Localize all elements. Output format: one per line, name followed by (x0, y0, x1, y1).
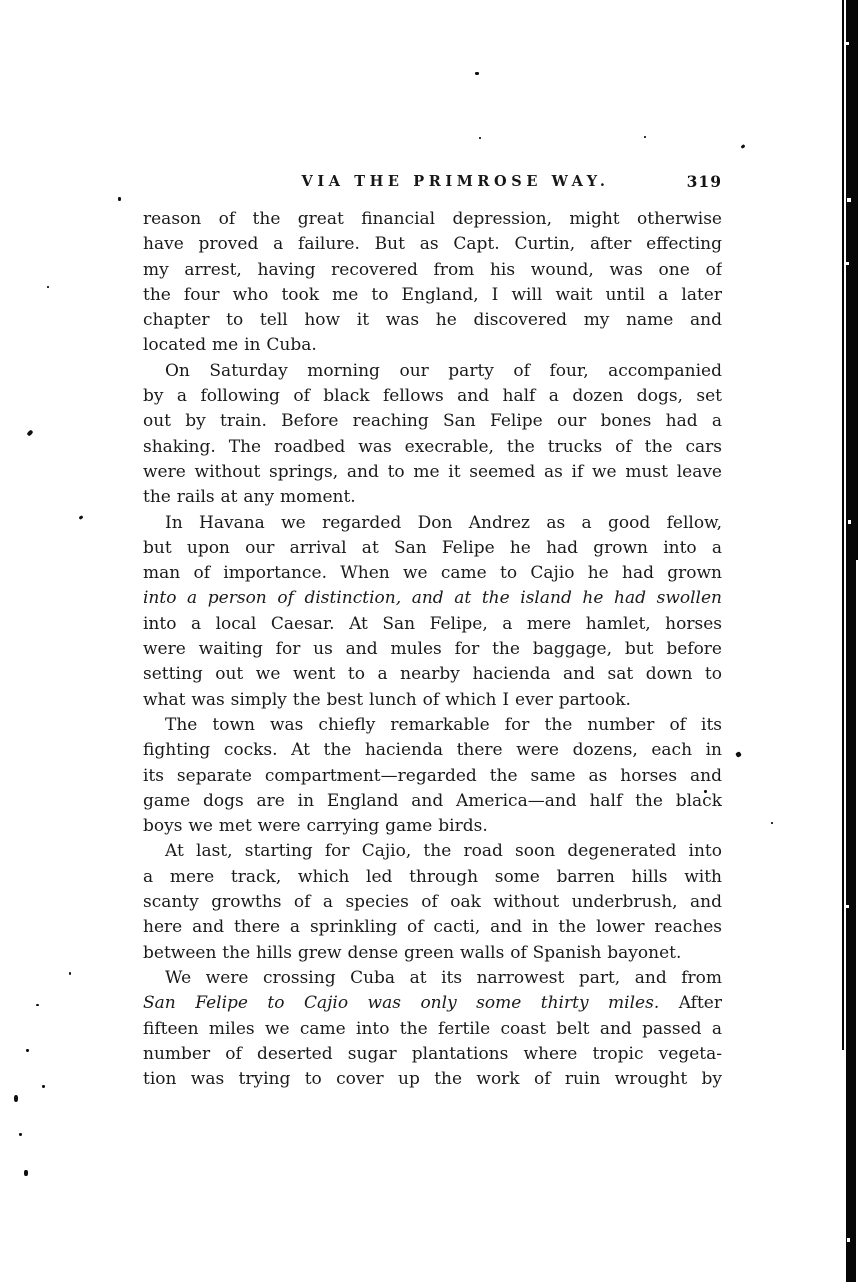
text-line: the rails at any moment. (143, 485, 722, 510)
text-run: my arrest, having recovered from his wou… (143, 260, 722, 280)
scan-speck (79, 515, 84, 520)
text-run: fighting cocks. At the hacienda there we… (143, 740, 722, 760)
text-run: tion was trying to cover up the work of … (143, 1069, 722, 1089)
text-run: The town was chiefly remarkable for the … (165, 715, 722, 735)
text-line: located me in Cuba. (143, 333, 722, 358)
scan-speck (644, 136, 646, 138)
text-line: have proved a failure. But as Capt. Curt… (143, 232, 722, 257)
scan-speck (735, 751, 742, 758)
text-run: shaking. The roadbed was execrable, the … (143, 437, 722, 457)
text-line: The town was chiefly remarkable for the … (143, 713, 722, 738)
text-line: by a following of black fellows and half… (143, 384, 722, 409)
text-run: chapter to tell how it was he discovered… (143, 310, 722, 330)
text-line: San Felipe to Cajio was only some thirty… (143, 991, 722, 1016)
text-run: the four who took me to England, I will … (143, 285, 722, 305)
text-line: a mere track, which led through some bar… (143, 865, 722, 890)
text-line: but upon our arrival at San Felipe he ha… (143, 536, 722, 561)
text-run: the rails at any moment. (143, 487, 356, 507)
text-line: setting out we went to a nearby hacienda… (143, 662, 722, 687)
text-run: into a local Caesar. At San Felipe, a me… (143, 614, 722, 634)
scan-speck (69, 972, 71, 975)
text-run: between the hills grew dense green walls… (143, 943, 681, 963)
text-line: fifteen miles we came into the fertile c… (143, 1017, 722, 1042)
text-run: In Havana we regarded Don Andrez as a go… (165, 513, 722, 533)
text-line: what was simply the best lunch of which … (143, 688, 722, 713)
text-line: my arrest, having recovered from his wou… (143, 258, 722, 283)
text-run: have proved a failure. But as Capt. Curt… (143, 234, 722, 254)
text-run: reason of the great financial depression… (143, 209, 722, 229)
text-line: scanty growths of a species of oak witho… (143, 890, 722, 915)
text-line: the four who took me to England, I will … (143, 283, 722, 308)
scan-speck (47, 286, 49, 288)
text-line: On Saturday morning our party of four, a… (143, 359, 722, 384)
scan-speck (24, 1170, 28, 1176)
paragraph: reason of the great financial depression… (143, 207, 722, 359)
text-line: its separate compartment—regarded the sa… (143, 764, 722, 789)
page-text: reason of the great financial depression… (143, 207, 722, 1092)
text-line: We were crossing Cuba at its narrowest p… (143, 966, 722, 991)
text-line: were without springs, and to me it seeme… (143, 460, 722, 485)
text-line: tion was trying to cover up the work of … (143, 1067, 722, 1092)
text-run: but upon our arrival at San Felipe he ha… (143, 538, 722, 558)
text-line: into a person of distinction, and at the… (143, 586, 722, 611)
text-run: On Saturday morning our party of four, a… (165, 361, 722, 381)
paragraph: On Saturday morning our party of four, a… (143, 359, 722, 511)
text-run: After (659, 993, 722, 1013)
italic-text-run: San Felipe to Cajio was only some thirty… (143, 993, 659, 1013)
text-line: into a local Caesar. At San Felipe, a me… (143, 612, 722, 637)
text-line: boys we met were carrying game birds. (143, 814, 722, 839)
scanned-book-page: VIA THE PRIMROSE WAY. 319 reason of the … (0, 0, 858, 1282)
text-run: located me in Cuba. (143, 335, 317, 355)
scan-speck (19, 1133, 22, 1136)
italic-text-run: into a person of distinction, and at the… (143, 588, 722, 608)
page-number: 319 (687, 172, 722, 191)
scan-edge-artifact (842, 0, 858, 1282)
text-run: what was simply the best lunch of which … (143, 690, 631, 710)
text-run: here and there a sprinkling of cacti, an… (143, 917, 722, 937)
text-run: setting out we went to a nearby hacienda… (143, 664, 722, 684)
text-line: chapter to tell how it was he discovered… (143, 308, 722, 333)
text-run: out by train. Before reaching San Felipe… (143, 411, 722, 431)
text-line: man of importance. When we came to Cajio… (143, 561, 722, 586)
text-run: number of deserted sugar plantations whe… (143, 1044, 722, 1064)
text-run: At last, starting for Cajio, the road so… (165, 841, 722, 861)
text-line: number of deserted sugar plantations whe… (143, 1042, 722, 1067)
text-run: fifteen miles we came into the fertile c… (143, 1019, 722, 1039)
text-run: were waiting for us and mules for the ba… (143, 639, 722, 659)
text-line: were waiting for us and mules for the ba… (143, 637, 722, 662)
text-line: here and there a sprinkling of cacti, an… (143, 915, 722, 940)
scan-speck (26, 1049, 29, 1052)
text-line: At last, starting for Cajio, the road so… (143, 839, 722, 864)
running-title: VIA THE PRIMROSE WAY. (143, 173, 722, 190)
text-line: reason of the great financial depression… (143, 207, 722, 232)
scan-speck (479, 137, 481, 139)
text-run: were without springs, and to me it seeme… (143, 462, 722, 482)
text-run: man of importance. When we came to Cajio… (143, 563, 722, 583)
text-line: shaking. The roadbed was execrable, the … (143, 435, 722, 460)
text-line: In Havana we regarded Don Andrez as a go… (143, 511, 722, 536)
paragraph: We were crossing Cuba at its narrowest p… (143, 966, 722, 1092)
text-line: between the hills grew dense green walls… (143, 941, 722, 966)
page-header: VIA THE PRIMROSE WAY. 319 (143, 173, 722, 195)
scan-speck (14, 1095, 18, 1102)
scan-speck (36, 1004, 39, 1006)
text-run: a mere track, which led through some bar… (143, 867, 722, 887)
scan-speck (26, 429, 33, 436)
scan-speck (741, 144, 746, 149)
text-run: We were crossing Cuba at its narrowest p… (165, 968, 722, 988)
text-run: boys we met were carrying game birds. (143, 816, 488, 836)
scan-speck (118, 197, 121, 201)
scan-edge-bar-outer (853, 0, 858, 560)
text-line: game dogs are in England and America—and… (143, 789, 722, 814)
paragraph: The town was chiefly remarkable for the … (143, 713, 722, 839)
scan-speck (42, 1085, 45, 1088)
text-run: by a following of black fellows and half… (143, 386, 722, 406)
paragraph: In Havana we regarded Don Andrez as a go… (143, 511, 722, 713)
paragraph: At last, starting for Cajio, the road so… (143, 839, 722, 965)
scan-edge-thin-line (842, 0, 844, 1050)
text-line: fighting cocks. At the hacienda there we… (143, 738, 722, 763)
text-line: out by train. Before reaching San Felipe… (143, 409, 722, 434)
text-run: its separate compartment—regarded the sa… (143, 766, 722, 786)
text-run: game dogs are in England and America—and… (143, 791, 722, 811)
text-run: scanty growths of a species of oak witho… (143, 892, 722, 912)
scan-speck (704, 790, 707, 793)
scan-speck (475, 72, 479, 75)
scan-speck (771, 822, 773, 824)
